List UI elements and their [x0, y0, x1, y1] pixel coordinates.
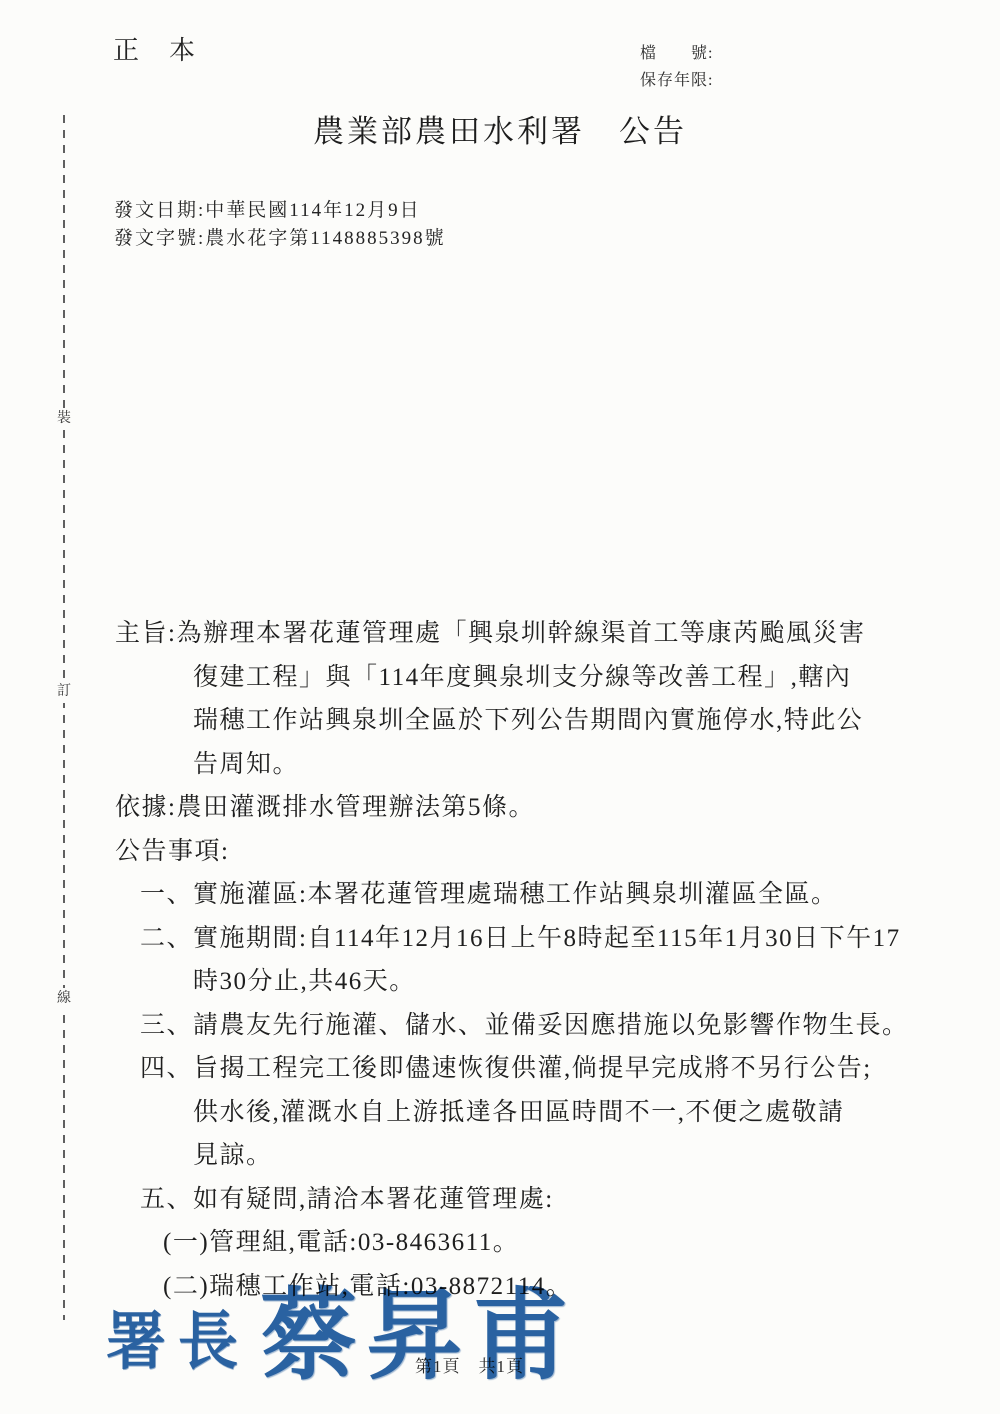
- issue-date-line: 發文日期:中華民國114年12月9日: [114, 197, 446, 225]
- body-line-items-header: 公告事項:: [115, 830, 935, 874]
- binding-mark-ding: 訂: [51, 681, 77, 703]
- document-title: 農業部農田水利署 公告: [0, 106, 1000, 151]
- body-line-basis: 依據:農田灌溉排水管理辦法第5條。: [115, 786, 935, 830]
- director-signature-stamp: 署長 蔡昇甫: [106, 1288, 578, 1385]
- issue-number-line: 發文字號:農水花字第1148885398號: [114, 225, 446, 253]
- copy-type-label: 正 本: [113, 30, 197, 67]
- body-line: 復建工程」與「114年度興泉圳支分線等改善工程」,轄內: [193, 656, 935, 700]
- signer-name: 蔡昇甫: [260, 1287, 578, 1386]
- announcement-body: 主旨:為辦理本署花蓮管理處「興泉圳幹線渠首工等康芮颱風災害 復建工程」與「114…: [115, 612, 935, 1308]
- file-number-label: 檔 號:: [640, 40, 713, 67]
- document-meta: 發文日期:中華民國114年12月9日 發文字號:農水花字第1148885398號: [114, 197, 446, 253]
- retention-period-label: 保存年限:: [640, 67, 713, 94]
- official-announcement-document: 裝 訂 線 正 本 檔 號: 保存年限: 農業部農田水利署 公告 發文日期:中華…: [0, 0, 1000, 1414]
- binding-mark-xian: 線: [51, 988, 77, 1010]
- body-line-contact-1: (一)管理組,電話:03-8463611。: [163, 1221, 935, 1265]
- body-line-subject: 主旨:為辦理本署花蓮管理處「興泉圳幹線渠首工等康芮颱風災害: [115, 612, 935, 656]
- body-line-item-5: 五、如有疑問,請洽本署花蓮管理處:: [140, 1178, 935, 1222]
- body-line: 瑞穗工作站興泉圳全區於下列公告期間內實施停水,特此公: [193, 699, 935, 743]
- binding-mark-zhuang: 裝: [51, 408, 77, 430]
- body-line-item-2: 二、實施期間:自114年12月16日上午8時起至115年1月30日下午17: [140, 917, 935, 961]
- body-line: 時30分止,共46天。: [193, 960, 935, 1004]
- body-line: 供水後,灌溉水自上游抵達各田區時間不一,不便之處敬請: [193, 1091, 935, 1135]
- body-line: 見諒。: [193, 1134, 935, 1178]
- body-line-item-3: 三、請農友先行施灌、儲水、並備妥因應措施以免影響作物生長。: [140, 1004, 935, 1048]
- body-line-item-4: 四、旨揭工程完工後即儘速恢復供灌,倘提早完成將不另行公告;: [140, 1047, 935, 1091]
- body-line: 告周知。: [193, 743, 935, 787]
- binding-dashed-line: [63, 115, 65, 1320]
- signer-title: 署長: [106, 1291, 250, 1381]
- archive-info-block: 檔 號: 保存年限:: [640, 40, 713, 94]
- body-line-item-1: 一、實施灌區:本署花蓮管理處瑞穗工作站興泉圳灌區全區。: [140, 873, 935, 917]
